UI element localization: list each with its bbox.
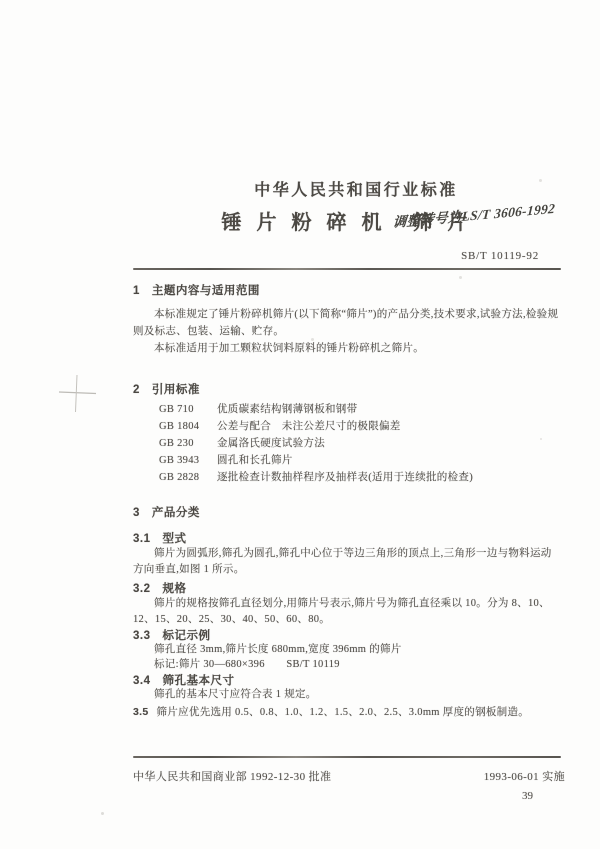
footer: 中华人民共和国商业部 1992-12-30 批准 1993-06-01 实施 bbox=[133, 768, 565, 784]
scan-speck bbox=[311, 338, 314, 341]
document-page: 中华人民共和国行业标准 锤 片 粉 碎 机筛 片 调整转号为LS/T 3606-… bbox=[0, 0, 600, 849]
section-2-heading: 2 引用标准 bbox=[133, 381, 561, 397]
reference-item: GB 2828逐批检查计数抽样程序及抽样表(适用于连续批的检查) bbox=[159, 469, 561, 486]
section-3-4-heading: 3.4 筛孔基本尺寸 bbox=[133, 672, 561, 688]
reference-title: 公差与配合 未注公差尺寸的极限偏差 bbox=[217, 421, 401, 432]
section-3-1-paragraph: 筛片为圆弧形,筛孔为圆孔,筛孔中心位于等边三角形的顶点上,三角形一边与物料运动方… bbox=[133, 546, 561, 578]
reference-item: GB 710优质碳素结构钢薄钢板和钢带 bbox=[159, 401, 561, 418]
reference-title: 圆孔和长孔筛片 bbox=[217, 455, 293, 466]
reference-title: 优质碳素结构钢薄钢板和钢带 bbox=[217, 404, 357, 415]
reference-code: GB 1804 bbox=[159, 418, 217, 435]
reference-title: 金属洛氏硬度试验方法 bbox=[217, 438, 325, 449]
reference-code: GB 710 bbox=[159, 401, 217, 418]
standard-code: SB/T 10119-92 bbox=[133, 250, 561, 262]
reference-code: GB 3943 bbox=[159, 452, 217, 469]
reference-title: 逐批检查计数抽样程序及抽样表(适用于连续批的检查) bbox=[217, 472, 473, 483]
reference-item: GB 230金属洛氏硬度试验方法 bbox=[159, 435, 561, 452]
pencil-cross-mark-icon bbox=[56, 372, 100, 416]
scan-speck bbox=[101, 812, 104, 815]
reference-list: GB 710优质碳素结构钢薄钢板和钢带 GB 1804公差与配合 未注公差尺寸的… bbox=[133, 401, 561, 486]
section-1-paragraph-2: 本标准适用于加工颗粒状饲料原料的锤片粉碎机之筛片。 bbox=[133, 340, 561, 357]
section-1-paragraph-1: 本标准规定了锤片粉碎机筛片(以下简称“筛片”)的产品分类,技术要求,试验方法,检… bbox=[133, 306, 561, 340]
section-3-5-paragraph: 筛片应优先选用 0.5、0.8、1.0、1.2、1.5、2.0、2.5、3.0m… bbox=[157, 707, 530, 718]
page-number: 39 bbox=[133, 790, 561, 802]
approval-statement: 中华人民共和国商业部 1992-12-30 批准 bbox=[133, 768, 331, 784]
section-1-heading: 1 主题内容与适用范围 bbox=[133, 282, 561, 298]
section-3-2-heading: 3.2 规格 bbox=[133, 580, 561, 596]
standard-org-title: 中华人民共和国行业标准 bbox=[133, 177, 561, 200]
section-3-1-heading: 3.1 型式 bbox=[133, 530, 561, 546]
reference-code: GB 230 bbox=[159, 435, 217, 452]
section-3-3-line-2: 标记:筛片 30—680×396 SB/T 10119 bbox=[133, 657, 561, 673]
section-3-3-line-1: 筛孔直径 3mm,筛片长度 680mm,宽度 396mm 的筛片 bbox=[133, 642, 561, 658]
reference-item: GB 3943圆孔和长孔筛片 bbox=[159, 452, 561, 469]
header-divider bbox=[133, 268, 561, 270]
implementation-date: 1993-06-01 实施 bbox=[484, 768, 565, 784]
section-3-heading: 3 产品分类 bbox=[133, 504, 561, 520]
document-title-part1: 锤 片 粉 碎 机 bbox=[222, 212, 387, 234]
section-3-3-heading: 3.3 标记示例 bbox=[133, 627, 561, 643]
section-3-4-paragraph: 筛孔的基本尺寸应符合表 1 规定。 bbox=[133, 687, 561, 703]
section-3-2-paragraph: 筛片的规格按筛孔直径划分,用筛片号表示,筛片号为筛孔直径乘以 10。分为 8、1… bbox=[133, 596, 561, 628]
section-3-5-number: 3.5 bbox=[133, 706, 149, 718]
reference-item: GB 1804公差与配合 未注公差尺寸的极限偏差 bbox=[159, 418, 561, 435]
scan-speck bbox=[540, 438, 542, 440]
footer-divider bbox=[133, 756, 561, 758]
scan-speck bbox=[459, 276, 462, 279]
section-3-5-line: 3.5筛片应优先选用 0.5、0.8、1.0、1.2、1.5、2.0、2.5、3… bbox=[133, 704, 561, 721]
scan-speck bbox=[539, 179, 542, 182]
reference-code: GB 2828 bbox=[159, 469, 217, 486]
